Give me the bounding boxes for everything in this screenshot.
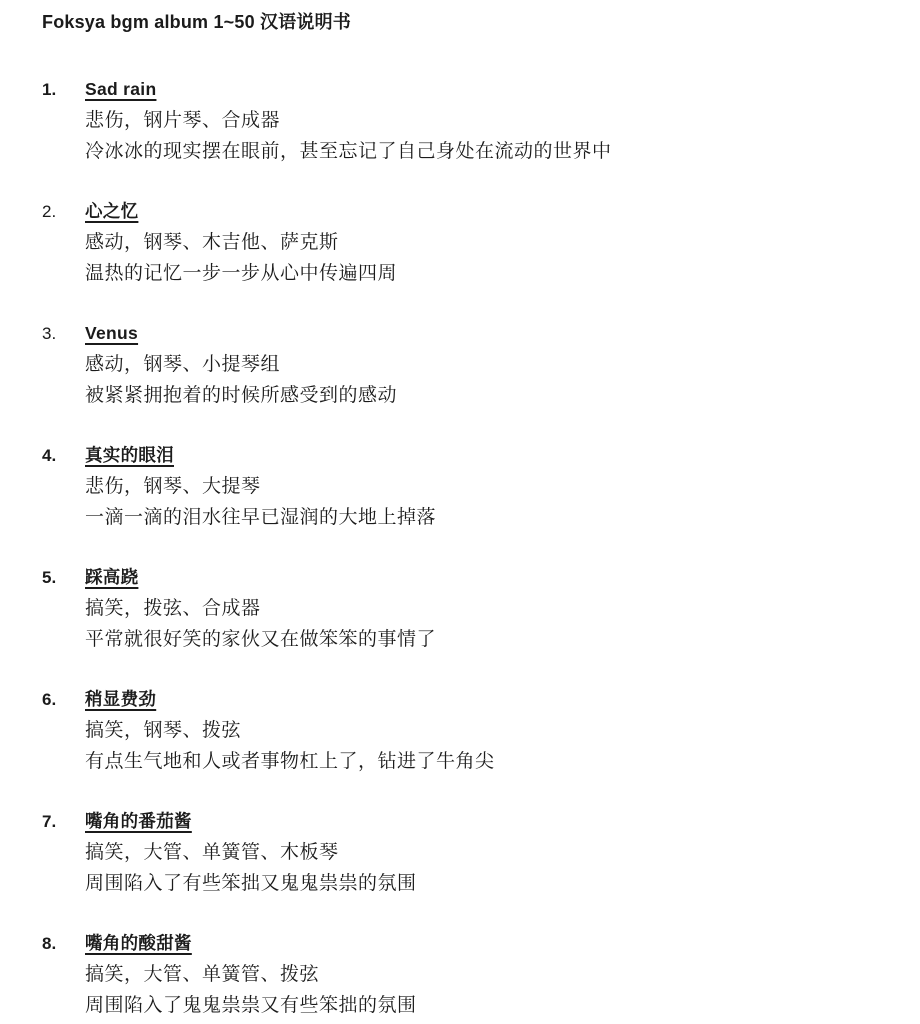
track-item: 1. Sad rain 悲伤，钢片琴、合成器 冷冰冰的现实摆在眼前，甚至忘记了自… bbox=[42, 74, 890, 167]
track-mood-instruments: 搞笑，大管、单簧管、木板琴 bbox=[85, 837, 890, 868]
track-item: 3. Venus 感动，钢琴、小提琴组 被紧紧拥抱着的时候所感受到的感动 bbox=[42, 318, 890, 411]
track-list: 1. Sad rain 悲伤，钢片琴、合成器 冷冰冰的现实摆在眼前，甚至忘记了自… bbox=[42, 74, 890, 1021]
track-body: 心之忆 感动，钢琴、木吉他、萨克斯 温热的记忆一步一步从心中传遍四周 bbox=[85, 196, 890, 289]
track-mood-instruments: 感动，钢琴、小提琴组 bbox=[85, 349, 890, 380]
track-number: 2. bbox=[42, 196, 85, 227]
track-item: 6. 稍显费劲 搞笑，钢琴、拨弦 有点生气地和人或者事物杠上了，钻进了牛角尖 bbox=[42, 684, 890, 777]
track-number: 1. bbox=[42, 74, 85, 105]
track-number: 4. bbox=[42, 440, 85, 471]
track-title: Venus bbox=[85, 318, 138, 349]
track-number: 6. bbox=[42, 684, 85, 715]
track-title: Sad rain bbox=[85, 74, 156, 105]
track-title: 真实的眼泪 bbox=[85, 440, 174, 471]
track-description: 周围陷入了鬼鬼祟祟又有些笨拙的氛围 bbox=[85, 990, 890, 1021]
track-title: 稍显费劲 bbox=[85, 684, 156, 715]
track-mood-instruments: 悲伤，钢片琴、合成器 bbox=[85, 105, 890, 136]
document-title: Foksya bgm album 1~50 汉语说明书 bbox=[42, 10, 890, 34]
track-body: Sad rain 悲伤，钢片琴、合成器 冷冰冰的现实摆在眼前，甚至忘记了自己身处… bbox=[85, 74, 890, 167]
track-body: 稍显费劲 搞笑，钢琴、拨弦 有点生气地和人或者事物杠上了，钻进了牛角尖 bbox=[85, 684, 890, 777]
track-title: 心之忆 bbox=[85, 196, 138, 227]
track-description: 平常就很好笑的家伙又在做笨笨的事情了 bbox=[85, 624, 890, 655]
track-mood-instruments: 搞笑，钢琴、拨弦 bbox=[85, 715, 890, 746]
track-number: 8. bbox=[42, 928, 85, 959]
track-description: 冷冰冰的现实摆在眼前，甚至忘记了自己身处在流动的世界中 bbox=[85, 136, 890, 167]
track-description: 有点生气地和人或者事物杠上了，钻进了牛角尖 bbox=[85, 746, 890, 777]
track-body: 真实的眼泪 悲伤，钢琴、大提琴 一滴一滴的泪水往早已湿润的大地上掉落 bbox=[85, 440, 890, 533]
track-body: Venus 感动，钢琴、小提琴组 被紧紧拥抱着的时候所感受到的感动 bbox=[85, 318, 890, 411]
track-number: 3. bbox=[42, 318, 85, 349]
document-page: Foksya bgm album 1~50 汉语说明书 1. Sad rain … bbox=[0, 0, 920, 1024]
track-title: 嘴角的酸甜酱 bbox=[85, 928, 192, 959]
track-item: 8. 嘴角的酸甜酱 搞笑，大管、单簧管、拨弦 周围陷入了鬼鬼祟祟又有些笨拙的氛围 bbox=[42, 928, 890, 1021]
track-title: 踩高跷 bbox=[85, 562, 138, 593]
track-title: 嘴角的番茄酱 bbox=[85, 806, 192, 837]
track-item: 4. 真实的眼泪 悲伤，钢琴、大提琴 一滴一滴的泪水往早已湿润的大地上掉落 bbox=[42, 440, 890, 533]
track-mood-instruments: 搞笑，拨弦、合成器 bbox=[85, 593, 890, 624]
track-description: 周围陷入了有些笨拙又鬼鬼祟祟的氛围 bbox=[85, 868, 890, 899]
track-mood-instruments: 感动，钢琴、木吉他、萨克斯 bbox=[85, 227, 890, 258]
track-body: 嘴角的番茄酱 搞笑，大管、单簧管、木板琴 周围陷入了有些笨拙又鬼鬼祟祟的氛围 bbox=[85, 806, 890, 899]
track-description: 温热的记忆一步一步从心中传遍四周 bbox=[85, 258, 890, 289]
track-body: 踩高跷 搞笑，拨弦、合成器 平常就很好笑的家伙又在做笨笨的事情了 bbox=[85, 562, 890, 655]
track-description: 一滴一滴的泪水往早已湿润的大地上掉落 bbox=[85, 502, 890, 533]
track-item: 7. 嘴角的番茄酱 搞笑，大管、单簧管、木板琴 周围陷入了有些笨拙又鬼鬼祟祟的氛… bbox=[42, 806, 890, 899]
track-item: 2. 心之忆 感动，钢琴、木吉他、萨克斯 温热的记忆一步一步从心中传遍四周 bbox=[42, 196, 890, 289]
track-item: 5. 踩高跷 搞笑，拨弦、合成器 平常就很好笑的家伙又在做笨笨的事情了 bbox=[42, 562, 890, 655]
track-body: 嘴角的酸甜酱 搞笑，大管、单簧管、拨弦 周围陷入了鬼鬼祟祟又有些笨拙的氛围 bbox=[85, 928, 890, 1021]
track-description: 被紧紧拥抱着的时候所感受到的感动 bbox=[85, 380, 890, 411]
track-number: 7. bbox=[42, 806, 85, 837]
track-mood-instruments: 搞笑，大管、单簧管、拨弦 bbox=[85, 959, 890, 990]
track-mood-instruments: 悲伤，钢琴、大提琴 bbox=[85, 471, 890, 502]
track-number: 5. bbox=[42, 562, 85, 593]
